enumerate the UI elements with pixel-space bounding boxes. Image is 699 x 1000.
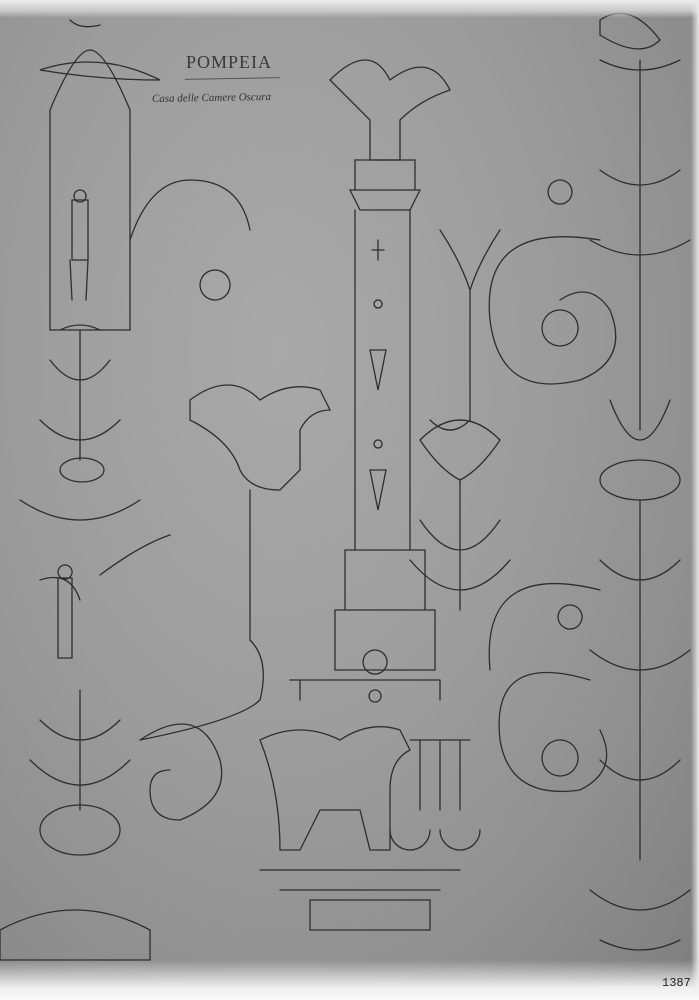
griffin-lower [260,727,480,850]
paper-edge-bottom [0,960,699,1000]
drawing-sheet: POMPEIA Casa delle Camere Oscura 1387 [0,0,699,1000]
right-candelabrum [548,13,690,950]
left-candelabrum [0,20,222,960]
drawing-subtitle: Casa delle Camere Oscura [152,91,271,105]
griffin-upper [140,385,330,740]
paper-edge-top [0,0,699,18]
drawing-title: POMPEIA [186,52,272,73]
sheet-number: 1387 [662,976,691,990]
right-scroll-ornament [489,237,615,792]
ornament-drawing [0,0,699,1000]
paper-edge-right [691,0,699,1000]
central-column [260,60,460,930]
